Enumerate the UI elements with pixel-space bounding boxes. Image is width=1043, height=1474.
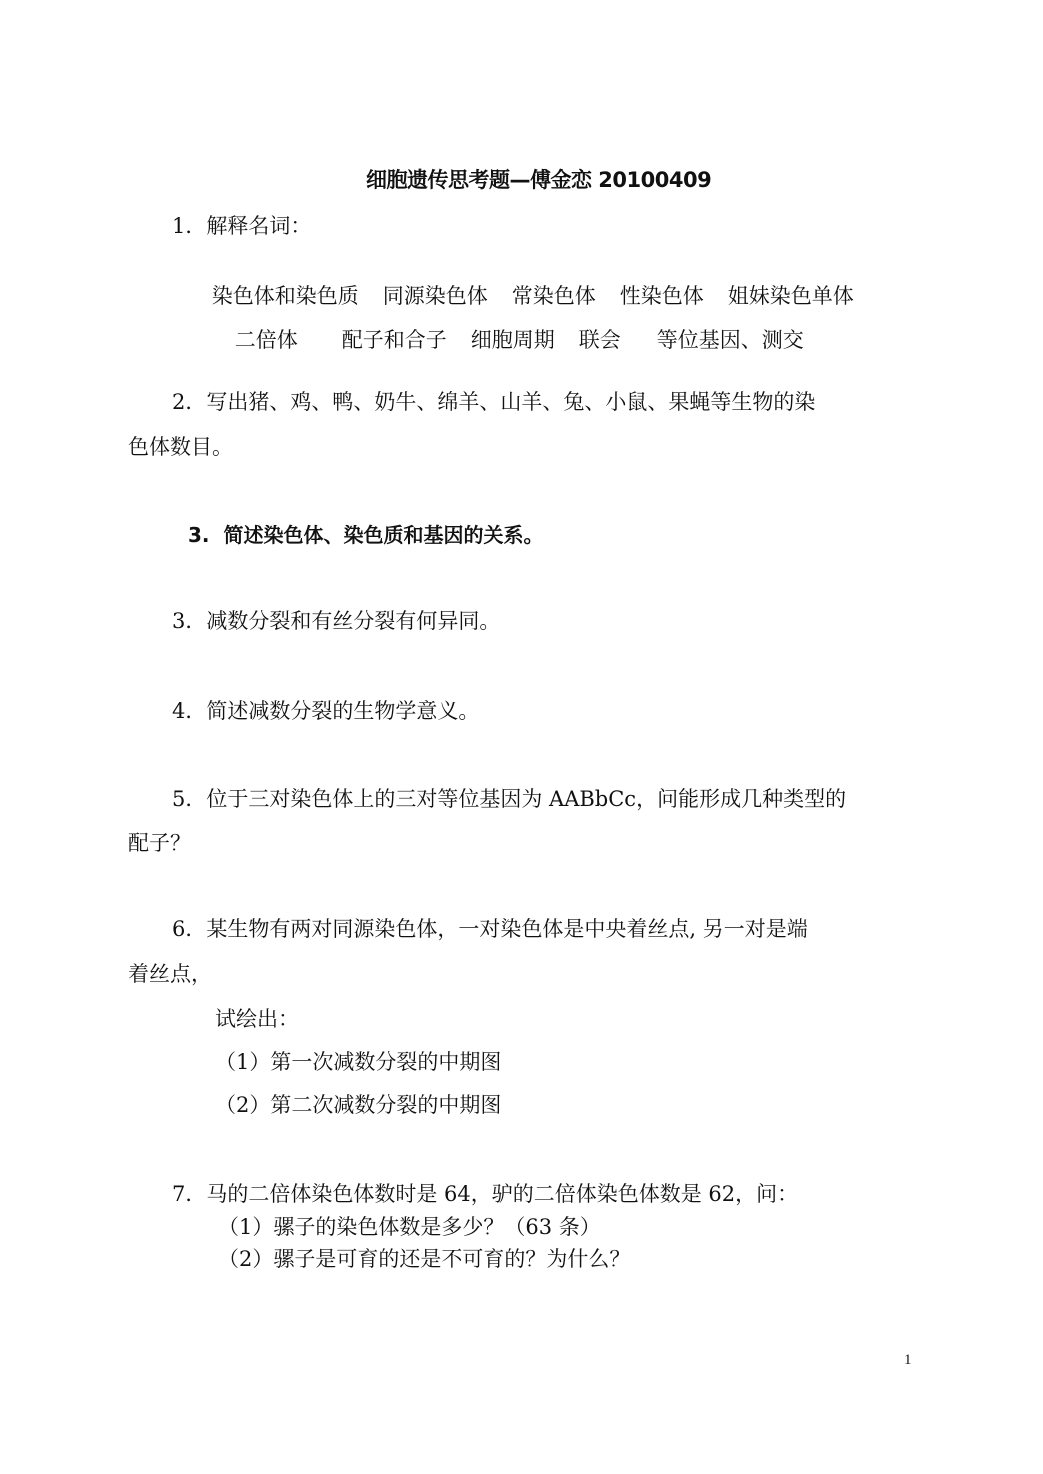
q6-sub2: （2）第二次减数分裂的中期图 [215,1091,501,1119]
q1-terms-row2: 二倍体配子和合子细胞周期联会等位基因、测交 [208,298,828,382]
document-title: 细胞遗传思考题—傅金恋 20100409 [366,166,711,194]
q6-line1: 6．某生物有两对同源染色体，一对染色体是中央着丝点, 另一对是端 [172,915,808,943]
q6-prompt: 试绘出： [215,1005,299,1033]
q7-sub2: （2）骡子是可育的还是不可育的？为什么？ [218,1245,630,1273]
term: 联会 [579,326,621,354]
q3-line: 3．减数分裂和有丝分裂有何异同。 [172,607,500,635]
q4-line: 4．简述减数分裂的生物学意义。 [172,697,479,725]
q5-line2: 配子？ [128,829,191,857]
q1-heading: 1．解释名词： [172,212,311,240]
q2-line1: 2．写出猪、鸡、鸭、奶牛、绵羊、山羊、兔、小鼠、果蝇等生物的染 [172,388,815,416]
q7-sub1: （1）骡子的染色体数是多少？（63 条） [218,1213,601,1241]
q7-line1: 7．马的二倍体染色体数时是 64，驴的二倍体染色体数是 62，问： [172,1180,798,1208]
q6-line2: 着丝点， [128,960,212,988]
q3-bold-heading: 3. 简述染色体、染色质和基因的关系。 [188,521,543,549]
term: 二倍体 [235,326,298,354]
term: 配子和合子 [342,326,447,354]
document-page: 细胞遗传思考题—傅金恋 20100409 1．解释名词： 染色体和染色质同源染色… [0,0,1043,1474]
term: 等位基因、测交 [657,326,804,354]
term: 细胞周期 [471,326,555,354]
q2-line2: 色体数目。 [128,433,233,461]
q6-sub1: （1）第一次减数分裂的中期图 [215,1048,501,1076]
q5-line1: 5．位于三对染色体上的三对等位基因为 AABbCc，问能形成几种类型的 [172,785,846,813]
page-number: 1 [904,1352,912,1369]
